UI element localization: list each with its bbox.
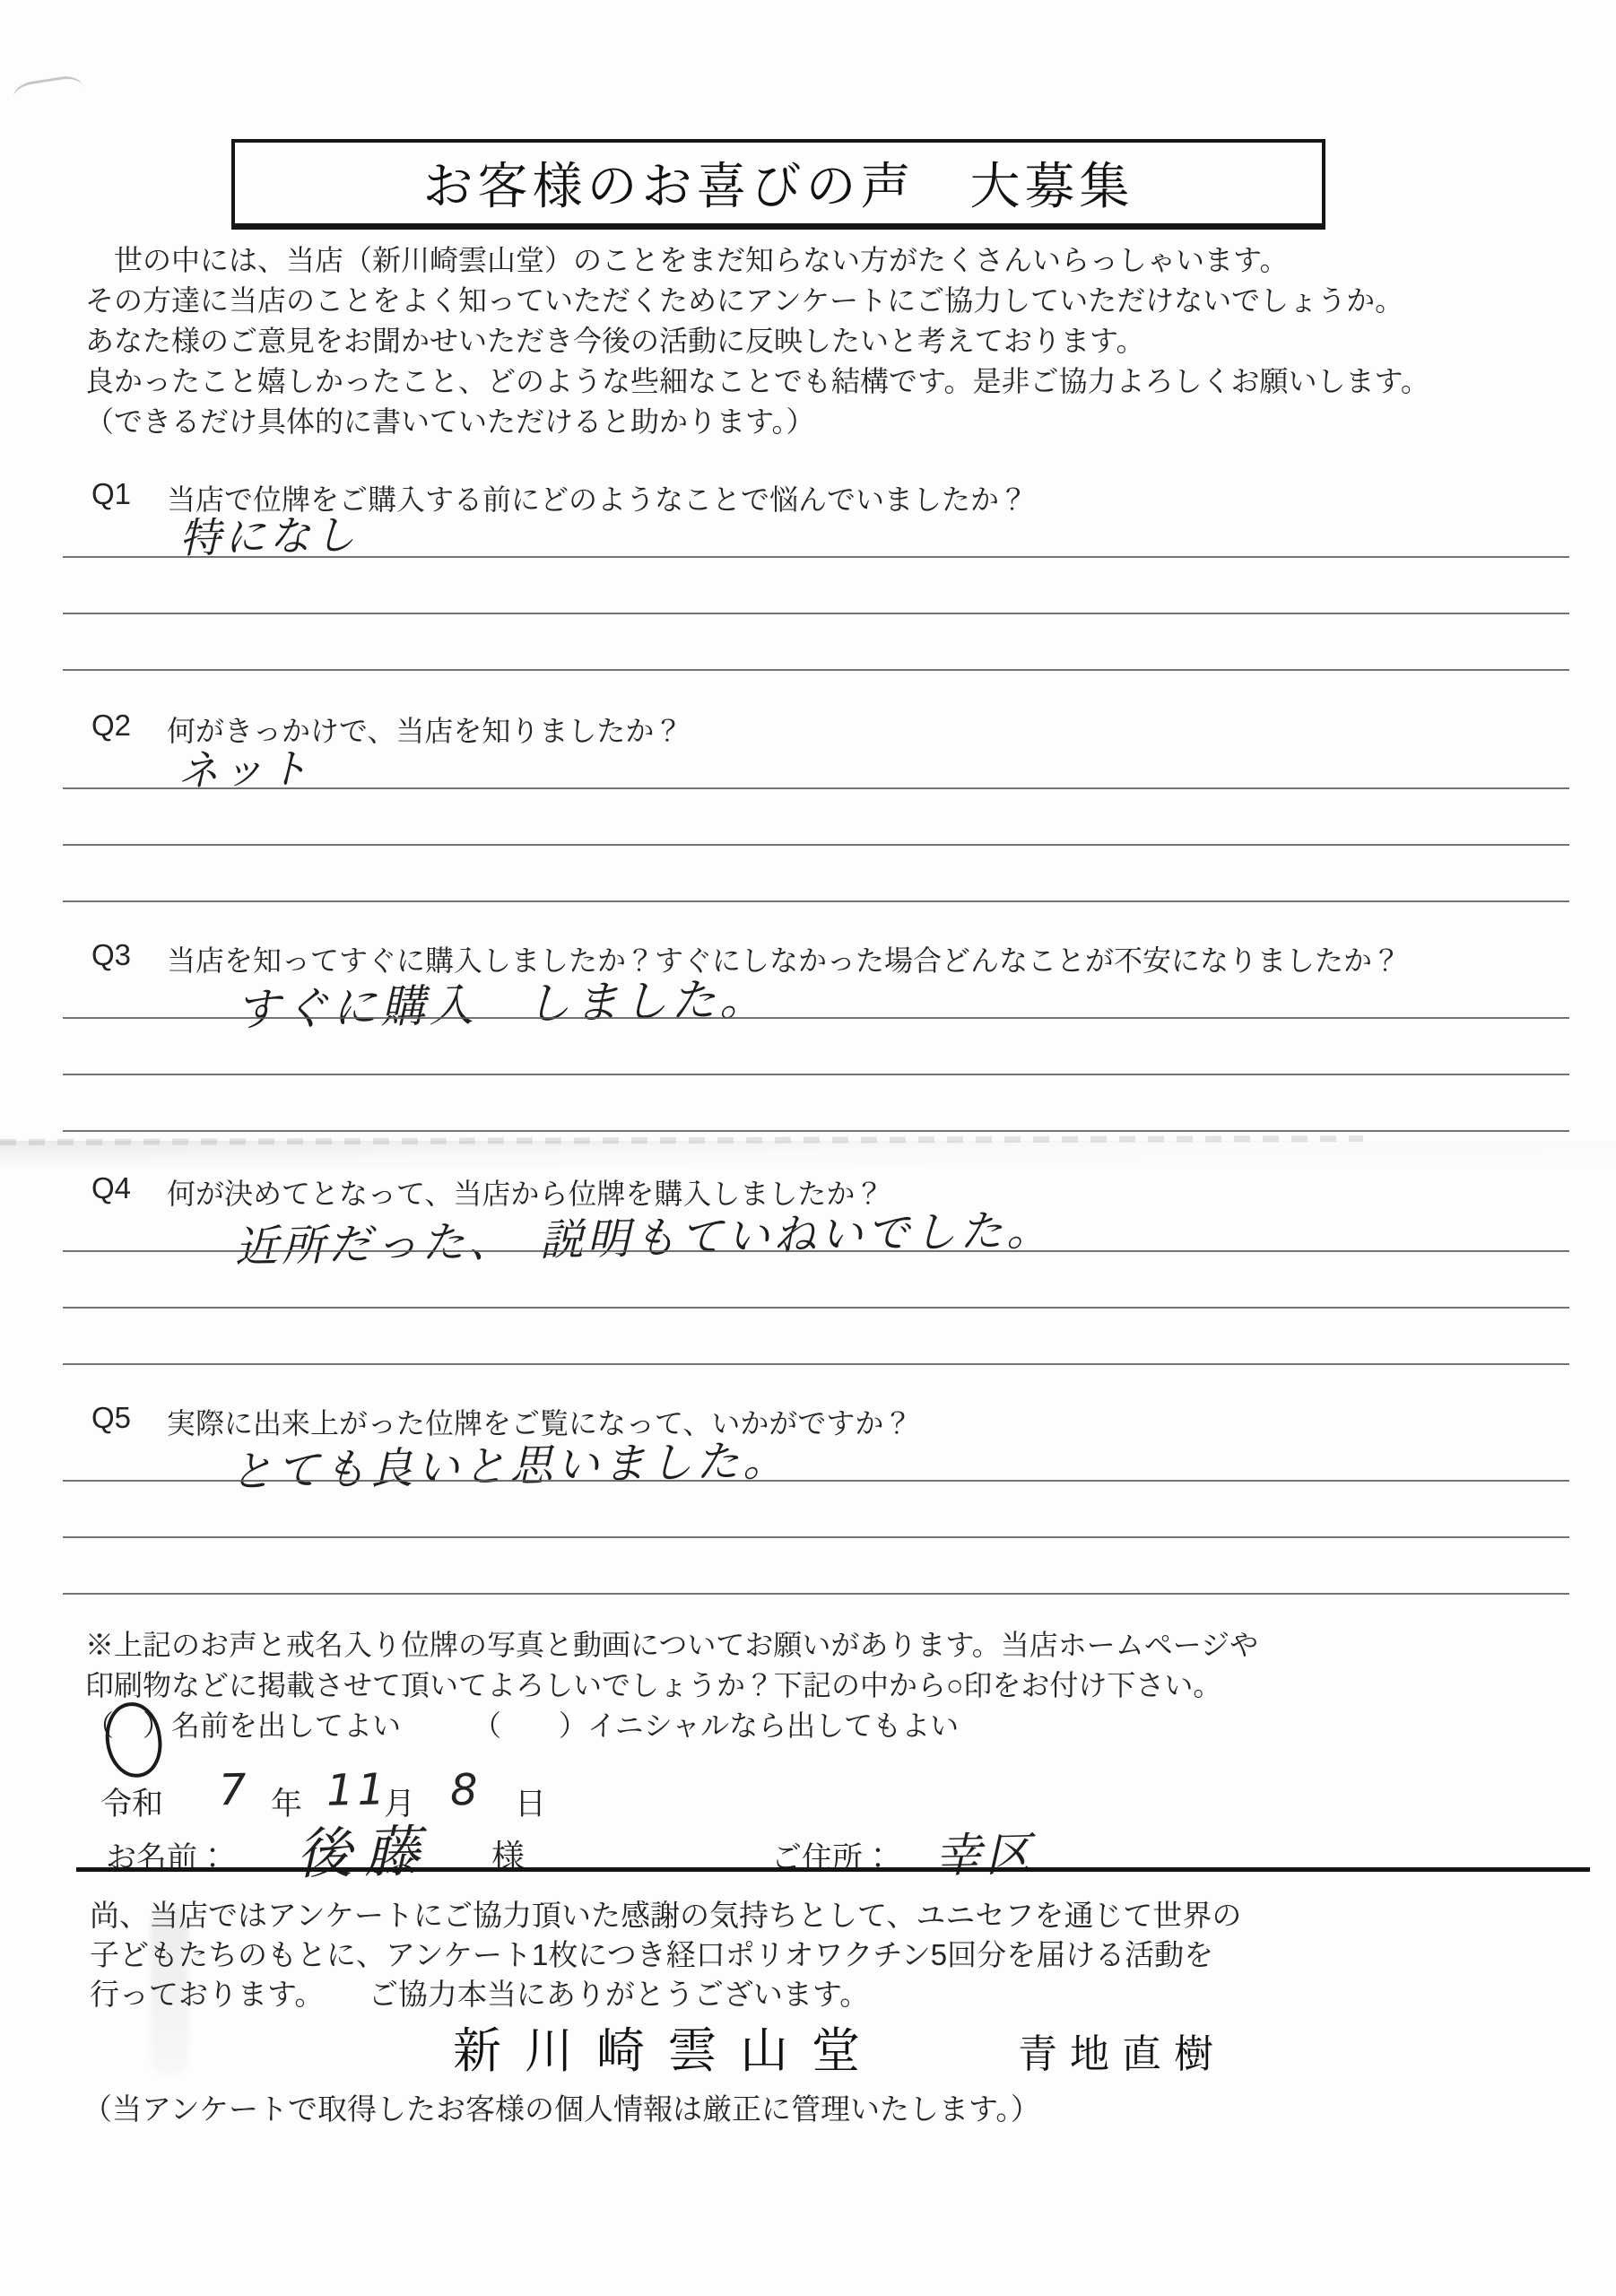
owner-signature: 青地直樹: [1018, 2022, 1226, 2079]
shop-signature: 新川崎雲山堂: [453, 2013, 883, 2082]
answer-rule-line: [63, 1593, 1569, 1595]
question-block-q4: Q4 何が決めてとなって、当店から位牌を購入しましたか？ 近所だった、 説明もて…: [0, 1171, 1616, 1378]
question-id: Q4: [91, 1171, 131, 1205]
publication-permission-note: ※上記のお声と戒名入り位牌の写真と動画についてお願いがあります。当店ホームページ…: [85, 1625, 1556, 1746]
question-id: Q3: [91, 938, 131, 972]
intro-paragraph: 世の中には、当店（新川崎雲山堂）のことをまだ知らない方がたくさんいらっしゃいます…: [85, 240, 1556, 442]
intro-line-3: あなた様のご意見をお聞かせいただき今後の活動に反映したいと考えております。: [85, 321, 1556, 361]
name-handwriting: 後藤: [295, 1806, 433, 1889]
question-block-q3: Q3 当店を知ってすぐに購入しましたか？すぐにしなかった場合どんなことが不安にな…: [0, 938, 1616, 1144]
privacy-note: （当アンケートで取得したお客様の個人情報は厳正に管理いたします。）: [83, 2086, 1040, 2128]
question-id: Q5: [91, 1401, 131, 1435]
thanks-line-2: 子どもたちのもとに、アンケート1枚につき経口ポリオワクチン5回分を届ける活動を: [90, 1935, 1560, 1975]
page-title: お客様のお喜びの声 大募集: [423, 147, 1134, 219]
question-id: Q1: [91, 477, 131, 511]
answer-rule-line: [63, 787, 1569, 789]
thanks-line-1: 尚、当店ではアンケートにご協力頂いた感謝の気持ちとして、ユニセフを通じて世界の: [90, 1896, 1560, 1935]
permission-options: （ ）名前を出してよい （ ）イニシャルなら出してもよい: [85, 1706, 1556, 1746]
answer-rule-line: [63, 556, 1569, 558]
intro-line-5: （できるだけ具体的に書いていただけると助かります。）: [85, 402, 1556, 442]
address-handwriting: 幸区: [934, 1816, 1036, 1885]
thanks-note: 尚、当店ではアンケートにご協力頂いた感謝の気持ちとして、ユニセフを通じて世界の …: [90, 1896, 1560, 2014]
answer-rule-line: [63, 900, 1569, 902]
thanks-line-3: 行っております。 ご協力本当にありがとうございます。: [90, 1975, 1560, 2014]
intro-line-2: その方達に当店のことをよく知っていただくためにアンケートにご協力していただけない…: [85, 281, 1556, 321]
answer-rule-line: [63, 1307, 1569, 1309]
answer-rule-line: [63, 1130, 1569, 1132]
answer-rule-line: [63, 613, 1569, 614]
question-block-q5: Q5 実際に出来上がった位牌をご覧になって、いかがですか？ とても良いと思いまし…: [0, 1401, 1616, 1607]
permission-line-1: ※上記のお声と戒名入り位牌の写真と動画についてお願いがあります。当店ホームページ…: [85, 1625, 1556, 1665]
answer-rule-line: [63, 1250, 1569, 1252]
answer-rule-line: [63, 1363, 1569, 1365]
title-box: お客様のお喜びの声 大募集: [231, 139, 1325, 230]
answer-rule-line: [63, 1017, 1569, 1019]
scanned-survey-page: お客様のお喜びの声 大募集 世の中には、当店（新川崎雲山堂）のことをまだ知らない…: [0, 0, 1616, 2296]
permission-line-2: 印刷物などに掲載させて頂いてよろしいでしょうか？下記の中から○印をお付け下さい。: [85, 1665, 1556, 1706]
intro-line-1: 世の中には、当店（新川崎雲山堂）のことをまだ知らない方がたくさんいらっしゃいます…: [85, 240, 1556, 281]
answer-rule-line: [63, 669, 1569, 671]
year-handwriting: 7: [218, 1765, 250, 1816]
paper-crease-artifact: [0, 1141, 1616, 1168]
answer-rule-line: [63, 1480, 1569, 1482]
answer-rule-line: [63, 1536, 1569, 1538]
question-block-q2: Q2 何がきっかけで、当店を知りましたか？ ネット: [0, 709, 1616, 915]
answer-handwriting: とても良いと思いました。: [229, 1425, 789, 1499]
intro-line-4: 良かったこと嬉しかったこと、どのような些細なことでも結構です。是非ご協力よろしく…: [85, 361, 1556, 402]
day-handwriting: 8: [449, 1765, 482, 1816]
scan-scratch-artifact: [12, 74, 85, 110]
answer-handwriting: すぐに購入 しました。: [234, 963, 768, 1039]
question-id: Q2: [91, 709, 131, 743]
answer-rule-line: [63, 844, 1569, 846]
question-block-q1: Q1 当店で位牌をご購入する前にどのようなことで悩んでいましたか？ 特になし: [0, 477, 1616, 683]
answer-rule-line: [63, 1074, 1569, 1075]
name-address-underline: [76, 1867, 1590, 1872]
